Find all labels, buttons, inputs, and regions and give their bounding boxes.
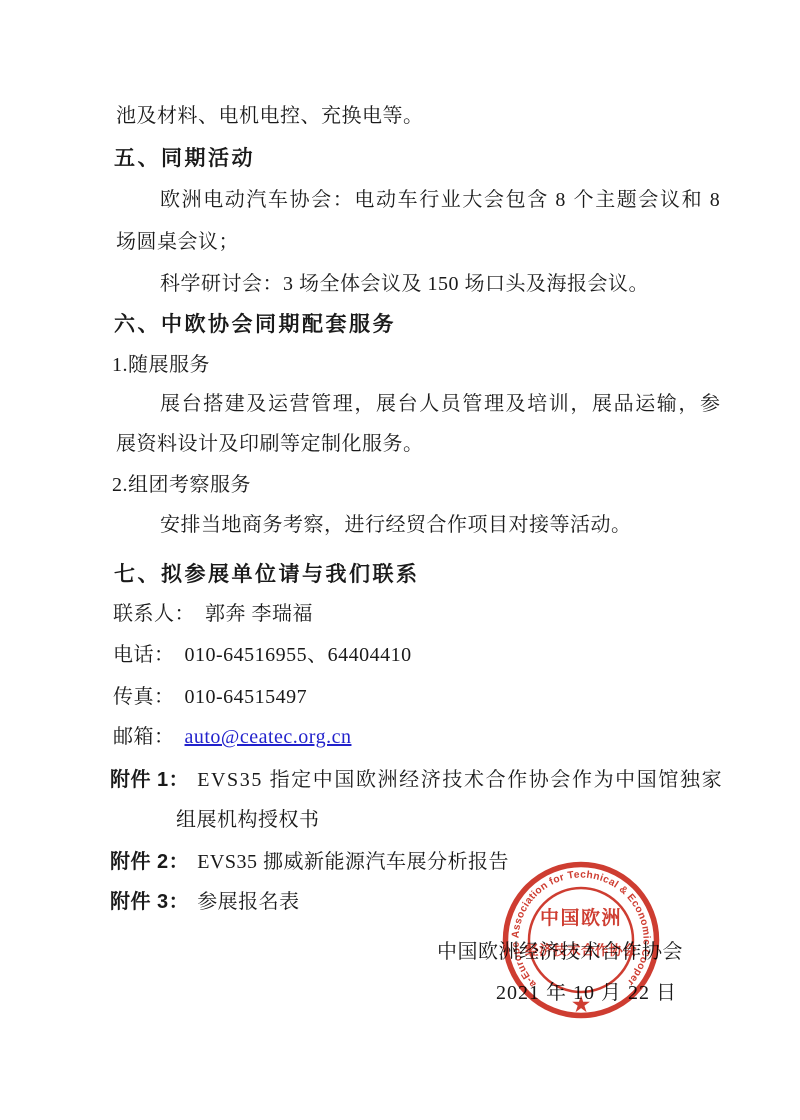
contact-fax-line: 传真：010-64515497 — [113, 685, 307, 710]
contact-value: 010-64516955、64404410 — [185, 644, 412, 666]
email-link[interactable]: auto@ceatec.org.cn — [185, 726, 352, 748]
body-line: 安排当地商务考察，进行经贸合作项目对接等活动。 — [160, 513, 632, 538]
official-seal-stamp: China-Europe Association for Technical &… — [492, 851, 670, 1029]
contact-phone-line: 电话：010-64516955、64404410 — [113, 643, 412, 668]
body-line-opening: 池及材料、电机电控、充换电等。 — [116, 104, 424, 129]
attachment-1-line: 附件 1：EVS35 指定中国欧洲经济技术合作协会作为中国馆独家 — [110, 768, 723, 793]
body-line: 展资料设计及印刷等定制化服务。 — [116, 432, 424, 457]
attachment-label: 附件 1： — [110, 769, 189, 791]
contact-label: 邮箱： — [113, 726, 175, 748]
seal-center-text-line2: 经济技术合作协会 — [525, 942, 637, 958]
attachment-3-line: 附件 3：参展报名表 — [110, 890, 300, 915]
seal-inner-ring — [529, 888, 633, 992]
attachment-label: 附件 2： — [110, 851, 189, 873]
attachment-1-continuation: 组展机构授权书 — [176, 808, 320, 833]
document-page: 池及材料、电机电控、充换电等。 五、同期活动 欧洲电动汽车协会：电动车行业大会包… — [0, 0, 800, 1120]
contact-label: 传真： — [113, 686, 175, 708]
body-line: 欧洲电动汽车协会：电动车行业大会包含 8 个主题会议和 8 — [160, 188, 721, 213]
attachment-2-line: 附件 2：EVS35 挪威新能源汽车展分析报告 — [110, 850, 509, 875]
list-item-title: 1.随展服务 — [112, 353, 210, 378]
attachment-text: EVS35 挪威新能源汽车展分析报告 — [197, 851, 509, 873]
contact-value: 郭奔 李瑞福 — [205, 603, 313, 625]
body-line: 场圆桌会议； — [116, 230, 239, 255]
attachment-text: 参展报名表 — [197, 891, 300, 913]
contact-value: 010-64515497 — [185, 686, 308, 708]
contact-label: 电话： — [113, 644, 175, 666]
list-item-title: 2.组团考察服务 — [112, 473, 251, 498]
seal-center-text-line1: 中国欧洲 — [540, 906, 622, 929]
seal-star-icon: ★ — [571, 992, 592, 1017]
body-line: 科学研讨会：3 场全体会议及 150 场口头及海报会议。 — [160, 272, 649, 297]
attachment-text: EVS35 指定中国欧洲经济技术合作协会作为中国馆独家 — [197, 769, 723, 791]
contact-person-line: 联系人：郭奔 李瑞福 — [113, 602, 313, 627]
attachment-label: 附件 3： — [110, 891, 189, 913]
heading-section-6: 六、中欧协会同期配套服务 — [114, 312, 396, 338]
contact-label: 联系人： — [113, 603, 195, 625]
heading-section-5: 五、同期活动 — [114, 146, 255, 172]
heading-section-7: 七、拟参展单位请与我们联系 — [114, 562, 420, 588]
contact-email-line: 邮箱：auto@ceatec.org.cn — [113, 725, 351, 750]
body-line: 展台搭建及运营管理，展台人员管理及培训，展品运输，参 — [160, 392, 722, 417]
